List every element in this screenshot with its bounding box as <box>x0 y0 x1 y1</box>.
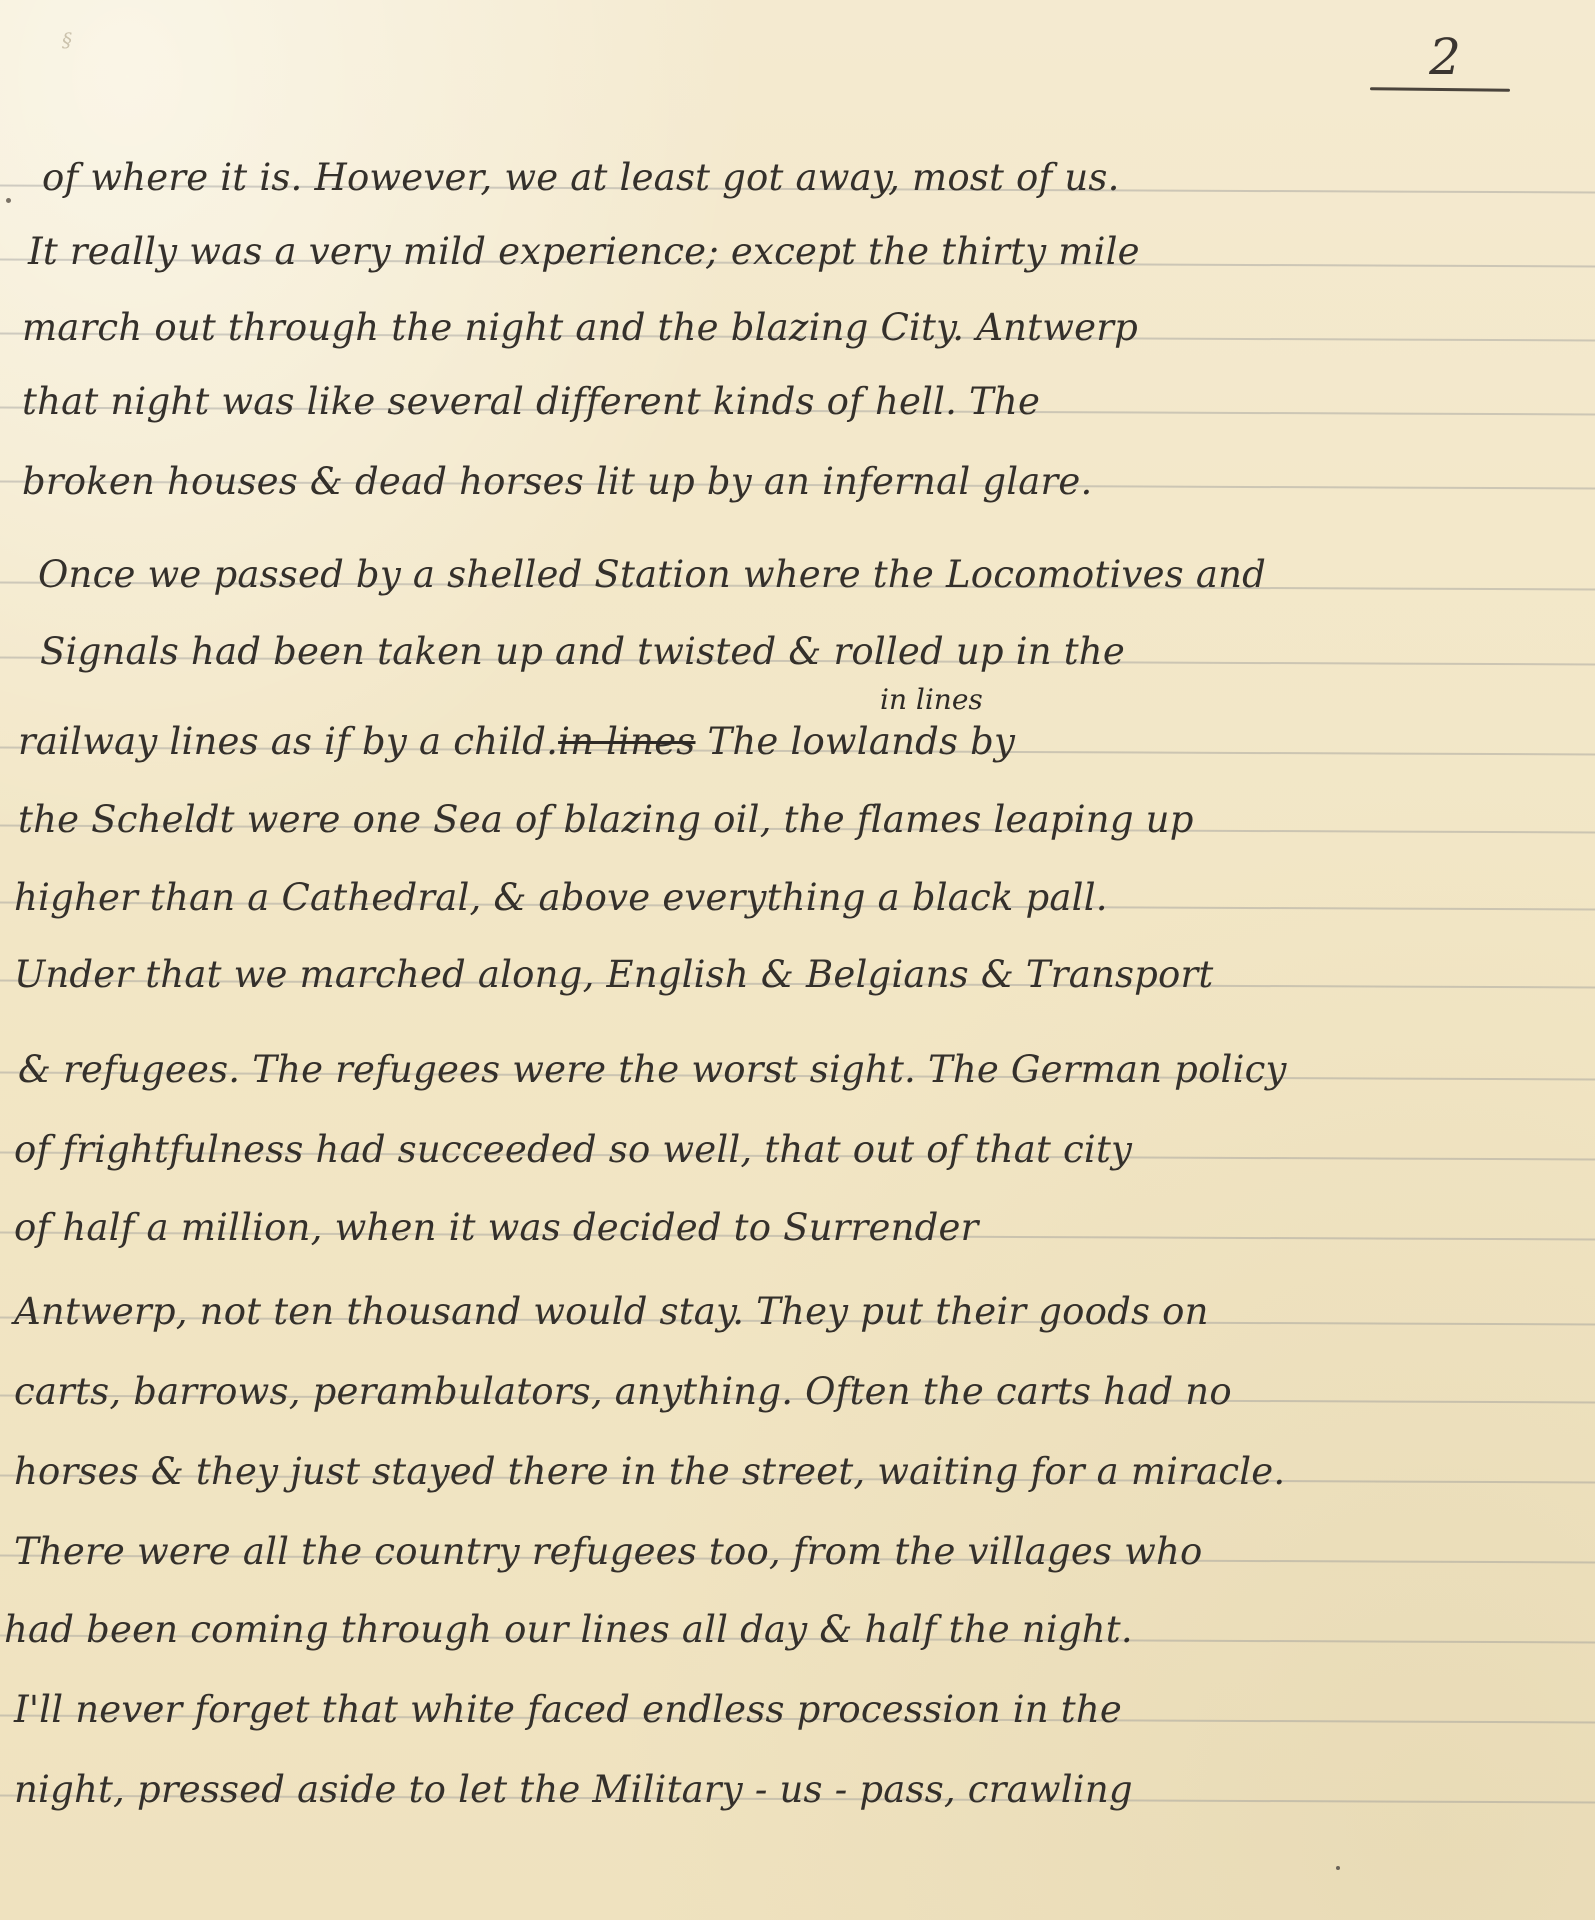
text-line-19: had been coming through our lines all da… <box>4 1600 1544 1660</box>
text-line-12: & refugees. The refugees were the worst … <box>18 1040 1558 1100</box>
text-line-8: railway lines as if by a child.in lines … <box>18 712 1558 772</box>
ink-dot <box>1336 1866 1340 1870</box>
text-line-8-main: railway lines as if by a child. <box>18 720 558 763</box>
text-line-3: march out through the night and the blaz… <box>22 298 1562 358</box>
text-line-2: It really was a very mild experience; ex… <box>28 222 1568 282</box>
text-line-17: horses & they just stayed there in the s… <box>14 1442 1554 1502</box>
text-line-4: that night was like several different ki… <box>22 372 1562 432</box>
text-line-16: carts, barrows, perambulators, anything.… <box>14 1362 1554 1422</box>
text-line-5: broken houses & dead horses lit up by an… <box>22 452 1562 512</box>
text-line-10: higher than a Cathedral, & above everyth… <box>14 868 1554 928</box>
struck-text: in lines <box>558 720 695 763</box>
pencil-mark: § <box>62 28 84 54</box>
text-line-18: There were all the country refugees too,… <box>14 1522 1554 1582</box>
text-line-15: Antwerp, not ten thousand would stay. Th… <box>14 1282 1554 1342</box>
page-number-underline <box>1370 87 1510 91</box>
letter-page: § 2 of where it is. However, we at least… <box>0 0 1595 1920</box>
text-line-13: of frightfulness had succeeded so well, … <box>14 1120 1554 1180</box>
text-line-14: of half a million, when it was decided t… <box>14 1198 1554 1258</box>
text-line-8-after: The lowlands by <box>696 720 1016 763</box>
text-line-20: I'll never forget that white faced endle… <box>14 1680 1554 1740</box>
inserted-text: in lines <box>880 685 983 715</box>
page-number: 2 <box>1385 30 1505 84</box>
margin-ink-dot <box>6 198 11 203</box>
text-line-6: Once we passed by a shelled Station wher… <box>38 545 1578 605</box>
text-line-9: the Scheldt were one Sea of blazing oil,… <box>18 790 1558 850</box>
text-line-11: Under that we marched along, English & B… <box>14 945 1554 1005</box>
text-line-1: of where it is. However, we at least got… <box>42 148 1582 208</box>
text-line-21: night, pressed aside to let the Military… <box>14 1760 1554 1820</box>
text-line-7: Signals had been taken up and twisted & … <box>40 622 1580 682</box>
